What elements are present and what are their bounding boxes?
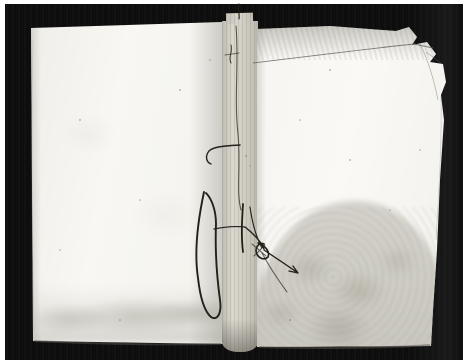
right-page bbox=[257, 26, 447, 347]
right-page-stain-speckle bbox=[257, 207, 447, 347]
left-page-bottom-stain bbox=[31, 284, 224, 342]
left-page bbox=[31, 22, 224, 344]
spine-top-tab bbox=[226, 13, 253, 25]
scanned-photo-page: { "scene": { "subject": "open-stitch-bou… bbox=[0, 0, 468, 364]
book-spine-strip bbox=[222, 21, 258, 352]
